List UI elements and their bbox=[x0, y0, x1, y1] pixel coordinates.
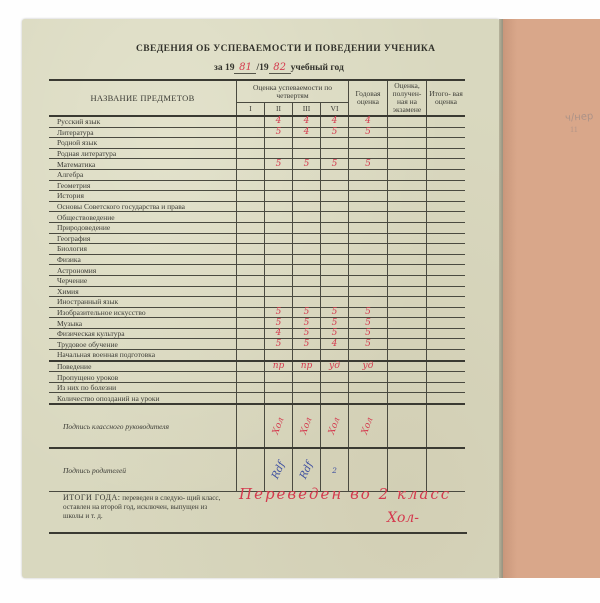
grade-yearly: 5 bbox=[349, 328, 388, 339]
grade-q3 bbox=[293, 265, 321, 276]
header-quarters-group: Оценка успеваемости по четвертям bbox=[237, 80, 349, 103]
grade-q1 bbox=[237, 222, 265, 233]
grade-final bbox=[427, 328, 466, 339]
grade-q2: 5 bbox=[265, 307, 293, 318]
table-row: Иностранный язык bbox=[49, 297, 465, 308]
header-yearly: Годовая оценка bbox=[349, 80, 388, 116]
grade-yearly: 5 bbox=[349, 127, 388, 138]
summary-handwritten-signature: Хол- bbox=[387, 510, 419, 526]
subject-name: Химия bbox=[49, 286, 237, 297]
table-row: Астрономия bbox=[49, 265, 465, 276]
grade-q4: 5 bbox=[321, 127, 349, 138]
grade-q4 bbox=[321, 244, 349, 255]
grade-q4 bbox=[321, 169, 349, 180]
grades-table: НАЗВАНИЕ ПРЕДМЕТОВ Оценка успеваемости п… bbox=[49, 79, 465, 492]
grade-yearly bbox=[349, 286, 388, 297]
year-prefix: за 19 bbox=[214, 63, 234, 73]
grade-q4: 5 bbox=[321, 328, 349, 339]
grade-yearly bbox=[349, 138, 388, 149]
grade-q3 bbox=[293, 244, 321, 255]
grade-yearly bbox=[349, 275, 388, 286]
grade-q3 bbox=[293, 212, 321, 223]
grade-exam bbox=[388, 275, 427, 286]
grade-final bbox=[427, 191, 466, 202]
grade-q2 bbox=[265, 180, 293, 191]
table-row: Основы Советского государства и права bbox=[49, 201, 465, 212]
grade-final bbox=[427, 339, 466, 350]
grade-q3 bbox=[293, 350, 321, 361]
summary-label: ИТОГИ ГОДА: переведен в следую- щий клас… bbox=[63, 493, 228, 521]
table-row: Природоведение bbox=[49, 222, 465, 233]
grade-exam bbox=[388, 254, 427, 265]
grade-q3 bbox=[293, 233, 321, 244]
grade-q2 bbox=[265, 138, 293, 149]
table-row: Трудовое обучение5545 bbox=[49, 339, 465, 350]
grade-final bbox=[427, 286, 466, 297]
summary-handwritten-result: Переведен во 2 класс bbox=[239, 485, 451, 503]
grade-yearly bbox=[349, 191, 388, 202]
grade-exam bbox=[388, 307, 427, 318]
grade-q2 bbox=[265, 265, 293, 276]
grade-q4: 5 bbox=[321, 307, 349, 318]
grade-q1 bbox=[237, 138, 265, 149]
subject-name: Родная литература bbox=[49, 148, 237, 159]
grade-yearly bbox=[349, 201, 388, 212]
grade-yearly: 5 bbox=[349, 339, 388, 350]
grade-final bbox=[427, 393, 466, 404]
grade-q3 bbox=[293, 201, 321, 212]
teacher-signature-yearly: Хол bbox=[360, 416, 375, 436]
grade-final bbox=[427, 180, 466, 191]
grade-q3: 5 bbox=[293, 328, 321, 339]
grade-exam bbox=[388, 138, 427, 149]
grade-exam bbox=[388, 372, 427, 383]
grade-q2 bbox=[265, 222, 293, 233]
grade-q1 bbox=[237, 191, 265, 202]
grade-q3 bbox=[293, 372, 321, 383]
grade-q3: пр bbox=[293, 361, 321, 372]
grade-yearly bbox=[349, 244, 388, 255]
grade-q4 bbox=[321, 201, 349, 212]
grade-q2 bbox=[265, 275, 293, 286]
grade-q2: 5 bbox=[265, 127, 293, 138]
grade-final bbox=[427, 318, 466, 329]
table-row: Алгебра bbox=[49, 169, 465, 180]
summary-label-heading: ИТОГИ ГОДА: bbox=[63, 493, 121, 502]
table-row: Физическая культура4555 bbox=[49, 328, 465, 339]
table-row: Пропущено уроков bbox=[49, 372, 465, 383]
grade-q1 bbox=[237, 286, 265, 297]
grade-q1 bbox=[237, 307, 265, 318]
grade-final bbox=[427, 127, 466, 138]
grade-q3 bbox=[293, 275, 321, 286]
header-quarter-4: VI bbox=[321, 103, 349, 117]
grade-q4 bbox=[321, 212, 349, 223]
year-suffix: учебный год bbox=[291, 63, 344, 73]
grade-exam bbox=[388, 393, 427, 404]
parent-signature-q3: Rdf bbox=[298, 460, 315, 481]
year-end: 82 bbox=[269, 62, 291, 74]
grade-exam bbox=[388, 361, 427, 372]
cover-flap bbox=[503, 19, 600, 578]
grade-q2 bbox=[265, 372, 293, 383]
grade-yearly bbox=[349, 265, 388, 276]
subject-name: История bbox=[49, 191, 237, 202]
grade-final bbox=[427, 275, 466, 286]
grade-q1 bbox=[237, 275, 265, 286]
grade-q2 bbox=[265, 297, 293, 308]
grade-exam bbox=[388, 148, 427, 159]
grade-exam bbox=[388, 159, 427, 170]
grade-q3: 5 bbox=[293, 307, 321, 318]
grade-q2: 4 bbox=[265, 328, 293, 339]
grade-yearly: 4 bbox=[349, 116, 388, 127]
table-row: Обществоведение bbox=[49, 212, 465, 223]
grade-q2: 4 bbox=[265, 116, 293, 127]
year-summary: ИТОГИ ГОДА: переведен в следую- щий клас… bbox=[49, 480, 467, 534]
subject-name: Черчение bbox=[49, 275, 237, 286]
grade-q3 bbox=[293, 286, 321, 297]
grade-q4 bbox=[321, 222, 349, 233]
table-row: Химия bbox=[49, 286, 465, 297]
grade-yearly bbox=[349, 222, 388, 233]
grade-q1 bbox=[237, 350, 265, 361]
grade-q3 bbox=[293, 169, 321, 180]
grade-exam bbox=[388, 318, 427, 329]
grade-q1 bbox=[237, 244, 265, 255]
table-row: Черчение bbox=[49, 275, 465, 286]
grade-q3 bbox=[293, 393, 321, 404]
grade-final bbox=[427, 233, 466, 244]
table-row: Математика5555 bbox=[49, 159, 465, 170]
subject-name: Геометрия bbox=[49, 180, 237, 191]
grade-final bbox=[427, 382, 466, 393]
grade-q2 bbox=[265, 286, 293, 297]
grade-final bbox=[427, 159, 466, 170]
subject-name: География bbox=[49, 233, 237, 244]
grade-final bbox=[427, 201, 466, 212]
subject-name: Природоведение bbox=[49, 222, 237, 233]
table-row: История bbox=[49, 191, 465, 202]
grade-q4 bbox=[321, 191, 349, 202]
grade-q3: 5 bbox=[293, 159, 321, 170]
teacher-signature-row: Подпись классного руководителя Хол Хол Х… bbox=[49, 404, 465, 448]
teacher-signature-exam bbox=[388, 404, 427, 448]
subject-name: Литература bbox=[49, 127, 237, 138]
teacher-signature-q1 bbox=[237, 404, 265, 448]
grade-yearly bbox=[349, 212, 388, 223]
table-row: Физика bbox=[49, 254, 465, 265]
subject-name: Трудовое обучение bbox=[49, 339, 237, 350]
grade-q4: уд bbox=[321, 361, 349, 372]
document-title: СВЕДЕНИЯ ОБ УСПЕВАЕМОСТИ И ПОВЕДЕНИИ УЧЕ… bbox=[136, 44, 435, 54]
year-start: 81 bbox=[234, 62, 256, 74]
header-final: Итого- вая оценка bbox=[427, 80, 466, 116]
teacher-signature-final bbox=[427, 404, 466, 448]
grade-q2 bbox=[265, 382, 293, 393]
subject-name: Начальная военная подготовка bbox=[49, 350, 237, 361]
grade-q2 bbox=[265, 233, 293, 244]
grade-q4: 5 bbox=[321, 159, 349, 170]
grade-q1 bbox=[237, 382, 265, 393]
grade-final bbox=[427, 372, 466, 383]
subject-name: Основы Советского государства и права bbox=[49, 201, 237, 212]
subject-name: Иностранный язык bbox=[49, 297, 237, 308]
grade-yearly bbox=[349, 180, 388, 191]
table-row: Родной язык bbox=[49, 138, 465, 149]
grade-yearly bbox=[349, 169, 388, 180]
grade-exam bbox=[388, 201, 427, 212]
table-row: Музыка5555 bbox=[49, 318, 465, 329]
grade-yearly: 5 bbox=[349, 318, 388, 329]
subject-name: Изобразительное искусство bbox=[49, 307, 237, 318]
grade-q1 bbox=[237, 372, 265, 383]
grade-q4: 4 bbox=[321, 116, 349, 127]
grade-q4 bbox=[321, 265, 349, 276]
grade-q1 bbox=[237, 254, 265, 265]
table-row: Родная литература bbox=[49, 148, 465, 159]
grade-q4 bbox=[321, 275, 349, 286]
grade-exam bbox=[388, 328, 427, 339]
grade-q2 bbox=[265, 169, 293, 180]
grade-q4 bbox=[321, 180, 349, 191]
grade-q2 bbox=[265, 191, 293, 202]
teacher-signature-q2: Хол bbox=[271, 416, 286, 436]
grade-exam bbox=[388, 265, 427, 276]
grade-final bbox=[427, 244, 466, 255]
grade-q1 bbox=[237, 393, 265, 404]
flap-handwritten-note: ч/нер bbox=[565, 111, 594, 124]
grade-q4 bbox=[321, 382, 349, 393]
parent-signature-q2: Rdf bbox=[270, 460, 287, 481]
grade-exam bbox=[388, 244, 427, 255]
grade-q2 bbox=[265, 244, 293, 255]
grade-q3: 4 bbox=[293, 127, 321, 138]
teacher-signature-q3: Хол bbox=[299, 416, 314, 436]
grade-final bbox=[427, 212, 466, 223]
table-row: Биология bbox=[49, 244, 465, 255]
table-row: Литература5455 bbox=[49, 127, 465, 138]
grade-q3: 5 bbox=[293, 318, 321, 329]
subject-name: Пропущено уроков bbox=[49, 372, 237, 383]
grade-q1 bbox=[237, 116, 265, 127]
grade-q2 bbox=[265, 212, 293, 223]
grade-exam bbox=[388, 233, 427, 244]
subject-name: Поведение bbox=[49, 361, 237, 372]
grade-exam bbox=[388, 212, 427, 223]
grade-exam bbox=[388, 222, 427, 233]
subject-name: Из них по болезни bbox=[49, 382, 237, 393]
grade-exam bbox=[388, 286, 427, 297]
subject-name: Обществоведение bbox=[49, 212, 237, 223]
grade-q1 bbox=[237, 148, 265, 159]
grade-final bbox=[427, 297, 466, 308]
grade-q4 bbox=[321, 138, 349, 149]
grade-q3 bbox=[293, 222, 321, 233]
grade-q3 bbox=[293, 254, 321, 265]
table-row: Геометрия bbox=[49, 180, 465, 191]
grade-q2 bbox=[265, 254, 293, 265]
grade-q4 bbox=[321, 148, 349, 159]
header-exam: Оценка, получен- ная на экзамене bbox=[388, 80, 427, 116]
grade-exam bbox=[388, 180, 427, 191]
subject-name: Русский язык bbox=[49, 116, 237, 127]
grade-q3 bbox=[293, 382, 321, 393]
subject-name: Родной язык bbox=[49, 138, 237, 149]
table-row: Поведениепрпрудуд bbox=[49, 361, 465, 372]
grade-q2: 5 bbox=[265, 318, 293, 329]
grade-exam bbox=[388, 127, 427, 138]
grade-yearly bbox=[349, 233, 388, 244]
grade-q1 bbox=[237, 212, 265, 223]
grade-exam bbox=[388, 339, 427, 350]
grade-exam bbox=[388, 297, 427, 308]
grade-exam bbox=[388, 382, 427, 393]
grade-q3: 5 bbox=[293, 339, 321, 350]
subject-name: Физика bbox=[49, 254, 237, 265]
table-row: Из них по болезни bbox=[49, 382, 465, 393]
school-year-line: за 1981/1982учебный год bbox=[214, 62, 344, 74]
year-separator: /19 bbox=[256, 63, 268, 73]
grade-q1 bbox=[237, 127, 265, 138]
grade-q4 bbox=[321, 286, 349, 297]
grade-yearly bbox=[349, 297, 388, 308]
grade-yearly: уд bbox=[349, 361, 388, 372]
grade-q2 bbox=[265, 201, 293, 212]
table-row: География bbox=[49, 233, 465, 244]
grade-final bbox=[427, 254, 466, 265]
table-row: Количество опозданий на уроки bbox=[49, 393, 465, 404]
grade-q4 bbox=[321, 372, 349, 383]
grade-yearly: 5 bbox=[349, 159, 388, 170]
grade-q4 bbox=[321, 350, 349, 361]
grade-q2 bbox=[265, 148, 293, 159]
grade-q1 bbox=[237, 361, 265, 372]
grade-q1 bbox=[237, 328, 265, 339]
grade-q1 bbox=[237, 201, 265, 212]
grade-exam bbox=[388, 350, 427, 361]
grade-yearly: 5 bbox=[349, 307, 388, 318]
grade-yearly bbox=[349, 372, 388, 383]
grade-yearly bbox=[349, 148, 388, 159]
grade-q2: пр bbox=[265, 361, 293, 372]
grade-q3 bbox=[293, 297, 321, 308]
parent-signature-q4: 2 bbox=[332, 466, 337, 475]
grade-exam bbox=[388, 116, 427, 127]
subject-name: Астрономия bbox=[49, 265, 237, 276]
grade-q1 bbox=[237, 339, 265, 350]
grade-q4: 4 bbox=[321, 339, 349, 350]
grade-exam bbox=[388, 169, 427, 180]
grade-q1 bbox=[237, 297, 265, 308]
grade-q1 bbox=[237, 159, 265, 170]
grade-final bbox=[427, 138, 466, 149]
grade-q2 bbox=[265, 350, 293, 361]
subject-name: Биология bbox=[49, 244, 237, 255]
grade-yearly bbox=[349, 350, 388, 361]
grade-q1 bbox=[237, 233, 265, 244]
grade-q1 bbox=[237, 180, 265, 191]
header-quarter-1: I bbox=[237, 103, 265, 117]
subject-name: Алгебра bbox=[49, 169, 237, 180]
grade-yearly bbox=[349, 254, 388, 265]
grade-q2 bbox=[265, 393, 293, 404]
grade-q3 bbox=[293, 148, 321, 159]
grade-yearly bbox=[349, 393, 388, 404]
grade-q3: 4 bbox=[293, 116, 321, 127]
teacher-signature-q4: Хол bbox=[327, 416, 342, 436]
grade-q1 bbox=[237, 265, 265, 276]
grade-q3 bbox=[293, 191, 321, 202]
header-quarter-2: II bbox=[265, 103, 293, 117]
grade-exam bbox=[388, 191, 427, 202]
teacher-signature-label: Подпись классного руководителя bbox=[49, 404, 237, 448]
subject-name: Математика bbox=[49, 159, 237, 170]
grade-q3 bbox=[293, 138, 321, 149]
grade-q4: 5 bbox=[321, 318, 349, 329]
header-subject: НАЗВАНИЕ ПРЕДМЕТОВ bbox=[49, 80, 237, 116]
table-row: Изобразительное искусство5555 bbox=[49, 307, 465, 318]
table-row: Русский язык4444 bbox=[49, 116, 465, 127]
grade-q1 bbox=[237, 318, 265, 329]
table-row: Начальная военная подготовка bbox=[49, 350, 465, 361]
grade-q1 bbox=[237, 169, 265, 180]
grade-q4 bbox=[321, 393, 349, 404]
grade-final bbox=[427, 148, 466, 159]
subject-name: Количество опозданий на уроки bbox=[49, 393, 237, 404]
grade-final bbox=[427, 265, 466, 276]
grade-q4 bbox=[321, 254, 349, 265]
subject-name: Музыка bbox=[49, 318, 237, 329]
grade-final bbox=[427, 222, 466, 233]
header-quarter-3: III bbox=[293, 103, 321, 117]
grade-final bbox=[427, 116, 466, 127]
grade-q2: 5 bbox=[265, 159, 293, 170]
grade-yearly bbox=[349, 382, 388, 393]
subject-name: Физическая культура bbox=[49, 328, 237, 339]
grade-q2: 5 bbox=[265, 339, 293, 350]
grade-final bbox=[427, 361, 466, 372]
grade-q3 bbox=[293, 180, 321, 191]
grade-final bbox=[427, 169, 466, 180]
grade-final bbox=[427, 307, 466, 318]
grade-q4 bbox=[321, 297, 349, 308]
grade-final bbox=[427, 350, 466, 361]
grade-q4 bbox=[321, 233, 349, 244]
flap-handwritten-note-2: 11 bbox=[570, 125, 578, 134]
